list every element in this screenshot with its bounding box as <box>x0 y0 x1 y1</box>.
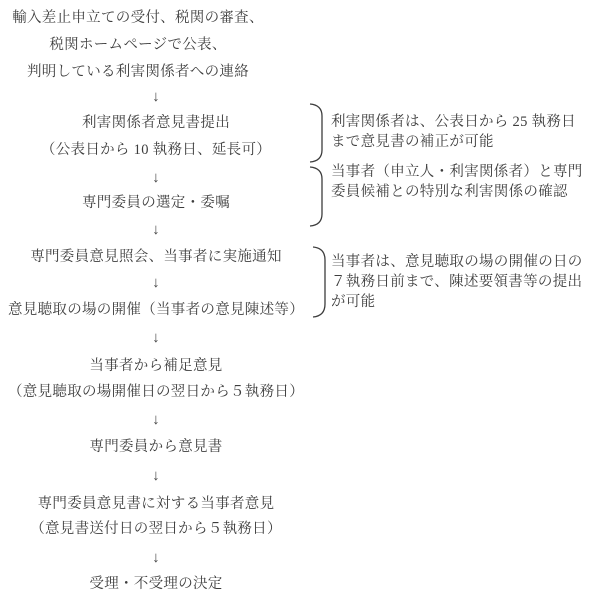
flow-step: （意見聴取の場開催日の翌日から５執務日） <box>0 382 336 402</box>
flow-step: 意見聴取の場の開催（当事者の意見陳述等） <box>0 300 336 320</box>
flow-step: 輸入差止申立ての受付、税関の審査、 <box>0 8 276 28</box>
down-arrow-icon: ↓ <box>0 466 336 486</box>
down-arrow-icon: ↓ <box>0 87 336 107</box>
grouping-bracket-icon <box>309 245 329 319</box>
flow-step: 専門委員から意見書 <box>0 437 336 457</box>
annotation-note: 当事者は、意見聴取の場の開催の日の ７執務日前まで、陳述要領書等の提出 が可能 <box>331 252 592 312</box>
down-arrow-icon: ↓ <box>0 168 336 188</box>
grouping-bracket-icon <box>306 165 326 228</box>
flow-step: 税関ホームページで公表、 <box>0 35 276 55</box>
down-arrow-icon: ↓ <box>0 328 336 348</box>
flow-step: （公表日から 10 執務日、延長可） <box>0 140 336 160</box>
grouping-bracket-icon <box>306 102 326 164</box>
flow-step: 受理・不受理の決定 <box>0 574 336 594</box>
down-arrow-icon: ↓ <box>0 410 336 430</box>
flow-step: （意見書送付日の翌日から５執務日） <box>0 519 336 539</box>
annotation-note: 利害関係者は、公表日から 25 執務日 まで意見書の補正が可能 <box>331 112 592 152</box>
down-arrow-icon: ↓ <box>0 273 336 293</box>
flow-step: 利害関係者意見書提出 <box>0 113 336 133</box>
flow-step: 判明している利害関係者への連絡 <box>0 62 276 82</box>
flow-step: 専門委員意見照会、当事者に実施通知 <box>0 247 336 267</box>
flow-step: 当事者から補足意見 <box>0 356 336 376</box>
flowchart: 輸入差止申立ての受付、税関の審査、 税関ホームページで公表、 判明している利害関… <box>0 0 592 605</box>
down-arrow-icon: ↓ <box>0 548 336 568</box>
annotation-note: 当事者（申立人・利害関係者）と専門 委員候補との特別な利害関係の確認 <box>331 162 592 202</box>
flow-step: 専門委員意見書に対する当事者意見 <box>0 494 336 514</box>
down-arrow-icon: ↓ <box>0 220 336 240</box>
flow-step: 専門委員の選定・委嘱 <box>0 193 336 213</box>
